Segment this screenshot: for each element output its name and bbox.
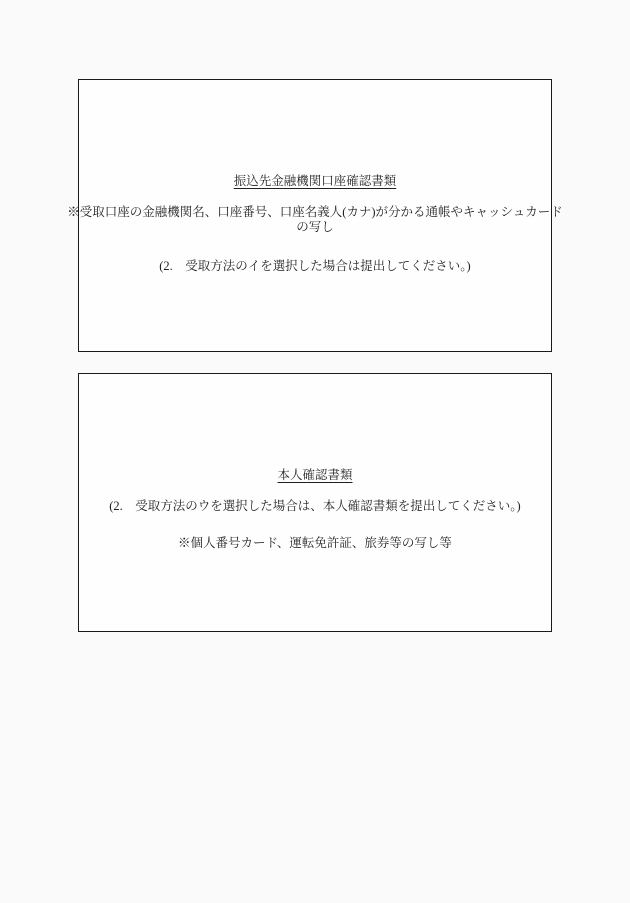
identity-note: ※個人番号カード、運転免許証、旅券等の写し等 xyxy=(178,536,452,551)
bank-account-note-line1: ※受取口座の金融機関名、口座番号、口座名義人(カナ)が分かる通帳やキャッシュカー… xyxy=(67,205,563,220)
bank-account-note-line2: の写し xyxy=(67,220,563,235)
identity-document-box: 本人確認書類 (2. 受取方法のウを選択した場合は、本人確認書類を提出してくださ… xyxy=(78,373,552,632)
document-page: { "page": { "background_color": "#fafafa… xyxy=(0,0,630,903)
bank-account-instruction: (2. 受取方法のイを選択した場合は提出してください。) xyxy=(159,259,470,274)
bank-account-confirmation-box: 振込先金融機関口座確認書類 ※受取口座の金融機関名、口座番号、口座名義人(カナ)… xyxy=(78,79,552,352)
bank-account-note: ※受取口座の金融機関名、口座番号、口座名義人(カナ)が分かる通帳やキャッシュカー… xyxy=(67,205,563,235)
bank-account-box-title: 振込先金融機関口座確認書類 xyxy=(234,174,397,189)
identity-instruction: (2. 受取方法のウを選択した場合は、本人確認書類を提出してください。) xyxy=(109,499,520,514)
identity-box-title: 本人確認書類 xyxy=(277,468,352,483)
